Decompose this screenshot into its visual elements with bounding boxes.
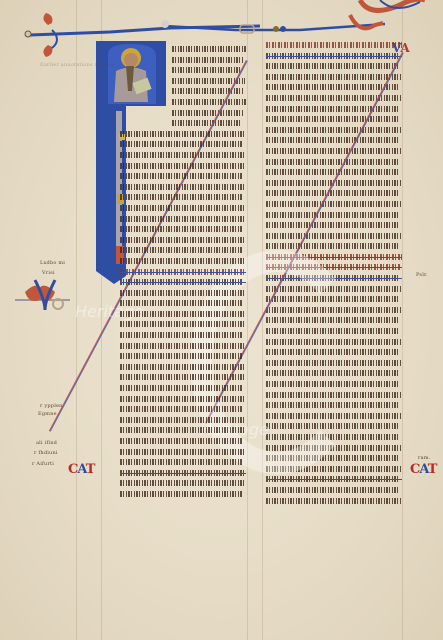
catchword-letter: C (68, 462, 77, 477)
text-line (120, 394, 246, 405)
catchword-letter: T (428, 462, 437, 477)
text-line (266, 72, 402, 83)
catchword-letter: T (86, 462, 95, 477)
text-line (266, 421, 402, 432)
text-line (266, 315, 402, 326)
text-line (266, 51, 402, 62)
text-line (172, 55, 246, 66)
margin-note: Egmne (38, 411, 57, 417)
text-line (120, 468, 246, 479)
text-line (120, 415, 246, 426)
text-line (120, 235, 246, 246)
margin-note: ram. (418, 455, 431, 461)
margin-note: ali ifind (36, 440, 57, 446)
text-line (266, 188, 402, 199)
text-line (120, 298, 246, 309)
text-line (266, 167, 402, 178)
text-line (120, 256, 246, 267)
text-line (266, 358, 402, 369)
text-line (120, 161, 246, 172)
text-line (120, 203, 246, 214)
text-line (120, 383, 246, 394)
text-line (266, 104, 402, 115)
text-line (266, 443, 402, 454)
text-line (266, 135, 402, 146)
text-line (120, 288, 246, 299)
text-line (266, 61, 402, 72)
text-line (172, 44, 246, 55)
text-line (266, 400, 402, 411)
text-line (120, 267, 246, 278)
catchword-left: CAT (68, 462, 94, 477)
margin-note: Vrisi (42, 270, 55, 276)
margin-note: Earlier annotations (faded) (40, 62, 114, 68)
text-line (266, 390, 402, 401)
text-line (172, 97, 246, 108)
text-line (266, 284, 402, 295)
text-line (120, 447, 246, 458)
text-line (266, 210, 402, 221)
margin-note: Lxdbo mi (40, 260, 65, 266)
text-line (120, 192, 246, 203)
text-line (120, 129, 246, 140)
margin-note: r ypplen (40, 403, 63, 409)
text-line (120, 436, 246, 447)
text-line (120, 150, 246, 161)
catchword-right: CAT (410, 462, 436, 477)
text-line (266, 40, 402, 51)
text-line (120, 489, 246, 500)
text-line (172, 108, 246, 119)
manuscript-page: VA Earlier annotations (faded) Lxdbo mi … (0, 0, 443, 640)
text-line (266, 220, 402, 231)
text-line (266, 453, 402, 464)
text-line (172, 86, 246, 97)
text-line (120, 457, 246, 468)
text-line (266, 241, 402, 252)
text-line (266, 114, 402, 125)
text-line (266, 305, 402, 316)
text-line (266, 464, 402, 475)
text-line (120, 224, 246, 235)
text-line (120, 309, 246, 320)
text-line (266, 199, 402, 210)
text-line (120, 341, 246, 352)
margin-note: Pslr. (416, 272, 428, 278)
text-line (266, 474, 402, 485)
margin-note: r Aifurti (32, 461, 54, 467)
text-line (266, 347, 402, 358)
text-line (120, 245, 246, 256)
text-line (120, 139, 246, 150)
text-line (266, 337, 402, 348)
text-line (266, 326, 402, 337)
text-line (266, 273, 402, 284)
text-line (120, 182, 246, 193)
text-line (120, 372, 246, 383)
text-line (120, 277, 246, 288)
text-line (120, 171, 246, 182)
margin-note: r fhdiuni (34, 450, 58, 456)
text-line (120, 478, 246, 489)
text-line (266, 252, 402, 263)
text-line (172, 65, 246, 76)
catchword-letter: A (419, 462, 427, 477)
text-line (120, 351, 246, 362)
text-line (266, 411, 402, 422)
text-line (120, 425, 246, 436)
text-line (266, 231, 402, 242)
text-line (266, 368, 402, 379)
margin-roundel-icon (10, 272, 80, 322)
text-column-left (172, 44, 246, 129)
text-line (266, 379, 402, 390)
catchword-letter: C (410, 462, 419, 477)
text-line (266, 496, 402, 507)
text-line (120, 362, 246, 373)
text-line (120, 214, 246, 225)
text-line (120, 330, 246, 341)
text-line (120, 319, 246, 330)
text-line (266, 294, 402, 305)
text-line (120, 404, 246, 415)
text-column-left-lower (120, 129, 246, 500)
text-line (266, 157, 402, 168)
text-line (266, 432, 402, 443)
text-line (266, 485, 402, 496)
text-line (266, 125, 402, 136)
catchword-letter: A (77, 462, 85, 477)
text-line (266, 146, 402, 157)
